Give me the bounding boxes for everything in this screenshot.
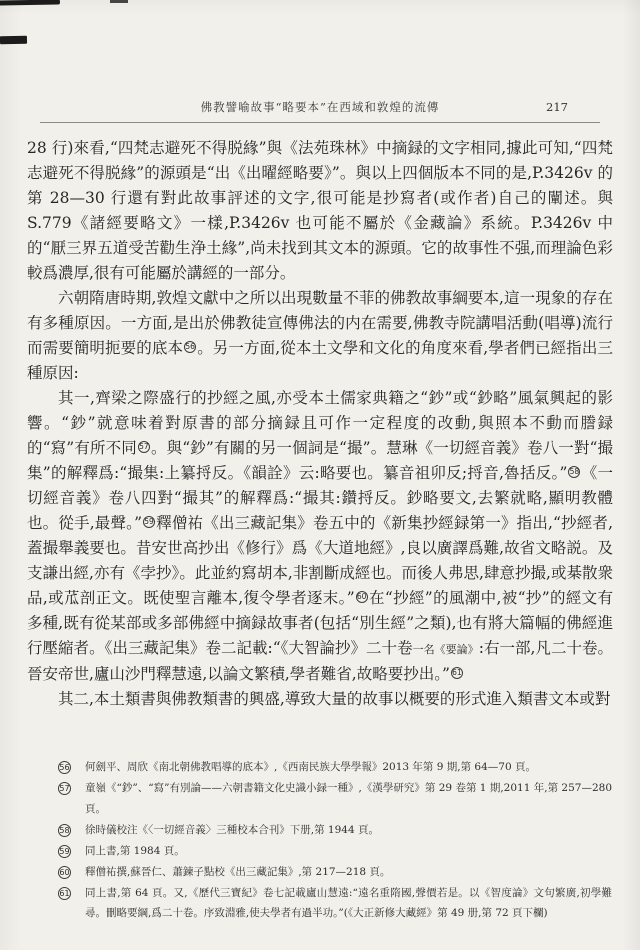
scanned-page: 佛教譬喻故事“略要本”在西域和敦煌的流傳 217 28 行)來看,“四梵志避死不… xyxy=(0,0,640,950)
footnote-item: 58徐時儀校注《〈一切經音義〉三種校本合刊》下册,第 1944 頁。 xyxy=(58,820,612,841)
footnote-number: 60 xyxy=(58,866,71,879)
scan-artifact-top-small xyxy=(110,0,128,3)
footnote-marker: 60 xyxy=(356,591,368,603)
text-run: 28 行)來看,“四梵志避死不得脱緣”與《法苑珠林》中摘録的文字相同,據此可知,… xyxy=(27,139,613,282)
footnote-number: 61 xyxy=(58,887,71,900)
footnote-item: 60釋僧祐撰,蘇晉仁、蕭鍊子點校《出三藏記集》,第 217—218 頁。 xyxy=(58,862,612,883)
footnote-text: 同上書,第 64 頁。又,《歷代三寶紀》卷七記載廬山慧遠:“遠名重隋國,聲價若是… xyxy=(85,887,612,920)
footnote-text: 童嶺《“鈔”、“寫”有別論——六朝書籍文化史識小録一種》,《漢學研究》第 29 … xyxy=(85,782,612,815)
paragraph: 28 行)來看,“四梵志避死不得脱緣”與《法苑珠林》中摘録的文字相同,據此可知,… xyxy=(27,136,613,286)
footnote-text: 何劍平、周欣《南北朝佛教唱導的底本》,《西南民族大學學報》2013 年第 9 期… xyxy=(85,761,536,773)
footnote-marker: 61 xyxy=(451,667,463,679)
inline-small-note: 一名《要論》 xyxy=(413,643,479,656)
footnote-text: 徐時儀校注《〈一切經音義〉三種校本合刊》下册,第 1944 頁。 xyxy=(85,824,379,836)
paragraph: 其一,齊梁之際盛行的抄經之風,亦受本土儒家典籍之“鈔”或“鈔略”風氣興起的影響。… xyxy=(27,386,613,687)
footnote-number: 57 xyxy=(58,782,71,795)
footnote-item: 56何劍平、周欣《南北朝佛教唱導的底本》,《西南民族大學學報》2013 年第 9… xyxy=(58,757,612,778)
footnote-number: 58 xyxy=(58,824,71,837)
page-header: 佛教譬喻故事“略要本”在西域和敦煌的流傳 217 xyxy=(40,99,600,115)
footnote-item: 57童嶺《“鈔”、“寫”有別論——六朝書籍文化史識小録一種》,《漢學研究》第 2… xyxy=(58,778,612,819)
paragraph: 其二,本土類書與佛教類書的興盛,導致大量的故事以概要的形式進入類書文本或對 xyxy=(27,687,613,712)
footnote-marker: 58 xyxy=(568,466,580,478)
footnote-marker: 57 xyxy=(138,441,150,453)
footnote-item: 61同上書,第 64 頁。又,《歷代三寶紀》卷七記載廬山慧遠:“遠名重隋國,聲價… xyxy=(58,883,612,924)
footnotes-section: 56何劍平、周欣《南北朝佛教唱導的底本》,《西南民族大學學報》2013 年第 9… xyxy=(58,757,612,924)
running-title: 佛教譬喻故事“略要本”在西域和敦煌的流傳 xyxy=(40,99,600,115)
page-number: 217 xyxy=(546,100,568,114)
footnote-marker: 59 xyxy=(143,516,155,528)
footnote-number: 59 xyxy=(58,845,71,858)
header-rule xyxy=(40,122,600,123)
footnote-text: 釋僧祐撰,蘇晉仁、蕭鍊子點校《出三藏記集》,第 217—218 頁。 xyxy=(85,866,390,878)
scan-artifact-left-bar xyxy=(0,36,27,44)
footnote-marker: 56 xyxy=(184,341,196,353)
footnote-text: 同上書,第 1984 頁。 xyxy=(85,845,185,857)
footnote-number: 56 xyxy=(58,761,71,774)
paragraph: 六朝隋唐時期,敦煌文獻中之所以出現數量不菲的佛教故事綱要本,這一現象的存在有多種… xyxy=(27,286,613,386)
scan-artifact-top xyxy=(0,0,60,6)
footnote-item: 59同上書,第 1984 頁。 xyxy=(58,841,612,862)
body-text: 28 行)來看,“四梵志避死不得脱緣”與《法苑珠林》中摘録的文字相同,據此可知,… xyxy=(27,136,613,712)
text-run: 其二,本土類書與佛教類書的興盛,導致大量的故事以概要的形式進入類書文本或對 xyxy=(58,690,610,708)
